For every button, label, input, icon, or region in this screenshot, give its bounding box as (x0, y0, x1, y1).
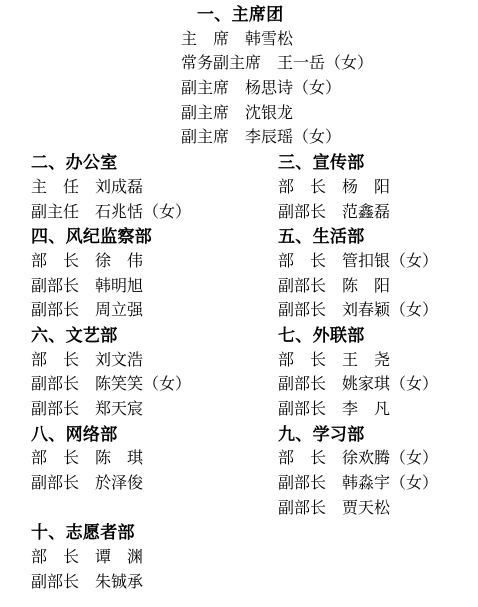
member-title: 副主席 (181, 80, 229, 97)
member-row: 副部长朱铖承 (31, 571, 191, 596)
member-row: 常务副主席王一岳（女） (0, 52, 478, 77)
member-title: 副部长 (31, 376, 79, 393)
section-heading-discipline: 四、风纪监察部 (31, 225, 191, 250)
member-name: 范鑫磊 (342, 204, 390, 221)
member-title: 部 长 (31, 549, 79, 566)
member-title: 部 长 (278, 253, 326, 270)
member-title: 副部长 (278, 401, 326, 418)
section-heading-office: 二、办公室 (31, 151, 191, 176)
member-title: 副部长 (278, 376, 326, 393)
member-name: 陈 琪 (95, 450, 143, 467)
member-title: 副主席 (181, 105, 229, 122)
member-title: 部 长 (278, 179, 326, 196)
member-name: 刘文浩 (95, 352, 143, 369)
member-row: 部 长徐 伟 (31, 250, 191, 275)
member-name: 陈笑笑（女） (95, 376, 191, 393)
member-title: 副主席 (181, 129, 229, 146)
member-title: 部 长 (278, 352, 326, 369)
member-title: 部 长 (31, 450, 79, 467)
member-row: 副部长周立强 (31, 299, 191, 324)
member-title: 部 长 (31, 352, 79, 369)
member-row: 副部长韩淼宇（女） (278, 472, 438, 497)
member-name: 韩雪松 (245, 31, 293, 48)
member-name: 於泽俊 (95, 475, 143, 492)
member-row: 副部长韩明旭 (31, 275, 191, 300)
member-row: 副部长陈 阳 (278, 275, 438, 300)
member-row: 副部长郑天宸 (31, 398, 191, 423)
section-heading-volunteer: 十、志愿者部 (31, 521, 191, 546)
member-title: 副部长 (31, 278, 79, 295)
member-name: 徐 伟 (95, 253, 143, 270)
member-title: 主 席 (181, 31, 229, 48)
member-title: 副部长 (278, 500, 326, 517)
member-row: 副主席李辰瑶（女） (0, 126, 478, 151)
member-row: 部 长管扣银（女） (278, 250, 438, 275)
member-name: 刘春颖（女） (342, 302, 438, 319)
member-title: 副部长 (31, 401, 79, 418)
member-name: 管扣银（女） (342, 253, 438, 270)
member-name: 王 尧 (342, 352, 390, 369)
member-title: 副部长 (31, 302, 79, 319)
member-name: 沈银龙 (245, 105, 293, 122)
member-title: 副部长 (31, 475, 79, 492)
member-name: 姚家琪（女） (342, 376, 438, 393)
member-row: 部 长杨 阳 (278, 176, 438, 201)
member-name: 谭 渊 (95, 549, 143, 566)
member-name: 朱铖承 (95, 574, 143, 591)
member-title: 副部长 (278, 278, 326, 295)
member-name: 杨思诗（女） (245, 80, 341, 97)
section-heading-presidium: 一、主席团 (0, 3, 478, 28)
section-presidium: 一、主席团 主 席韩雪松 常务副主席王一岳（女） 副主席杨思诗（女） 副主席沈银… (0, 3, 478, 151)
member-name: 郑天宸 (95, 401, 143, 418)
member-name: 周立强 (95, 302, 143, 319)
member-name: 刘成磊 (95, 179, 143, 196)
member-name: 韩明旭 (95, 278, 143, 295)
member-name: 陈 阳 (342, 278, 390, 295)
member-title: 副部长 (278, 475, 326, 492)
member-row: 副部长於泽俊 (31, 472, 191, 497)
member-name: 韩淼宇（女） (342, 475, 438, 492)
member-title: 副部长 (278, 302, 326, 319)
member-row: 部 长徐欢腾（女） (278, 447, 438, 472)
member-name: 贾天松 (342, 500, 390, 517)
member-row: 副部长陈笑笑（女） (31, 373, 191, 398)
section-heading-arts: 六、文艺部 (31, 324, 191, 349)
member-row: 部 长谭 渊 (31, 546, 191, 571)
member-name: 李辰瑶（女） (245, 129, 341, 146)
member-row: 副部长范鑫磊 (278, 201, 438, 226)
member-name: 石兆恬（女） (95, 204, 191, 221)
member-title: 部 长 (31, 253, 79, 270)
section-heading-network: 八、网络部 (31, 423, 191, 448)
roster-document: 一、主席团 主 席韩雪松 常务副主席王一岳（女） 副主席杨思诗（女） 副主席沈银… (0, 0, 478, 607)
member-row: 主 任刘成磊 (31, 176, 191, 201)
section-heading-life: 五、生活部 (278, 225, 438, 250)
left-column: 二、办公室 主 任刘成磊 副主任石兆恬（女） 四、风纪监察部 部 长徐 伟 副部… (31, 151, 191, 595)
member-row: 副部长李 凡 (278, 398, 438, 423)
section-heading-study: 九、学习部 (278, 423, 438, 448)
member-row: 副主席沈银龙 (0, 102, 478, 127)
member-row: 主 席韩雪松 (0, 28, 478, 53)
right-column: 三、宣传部 部 长杨 阳 副部长范鑫磊 五、生活部 部 长管扣银（女） 副部长陈… (278, 151, 438, 521)
member-title: 部 长 (278, 450, 326, 467)
member-title: 副部长 (31, 574, 79, 591)
blank-line (31, 497, 191, 522)
member-name: 王一岳（女） (277, 55, 373, 72)
member-row: 副主任石兆恬（女） (31, 201, 191, 226)
member-row: 部 长陈 琪 (31, 447, 191, 472)
member-title: 主 任 (31, 179, 79, 196)
member-title: 常务副主席 (181, 55, 261, 72)
member-title: 副部长 (278, 204, 326, 221)
member-row: 部 长刘文浩 (31, 349, 191, 374)
section-heading-outreach: 七、外联部 (278, 324, 438, 349)
member-name: 杨 阳 (342, 179, 390, 196)
member-row: 副部长姚家琪（女） (278, 373, 438, 398)
section-heading-publicity: 三、宣传部 (278, 151, 438, 176)
member-row: 部 长王 尧 (278, 349, 438, 374)
member-row: 副部长贾天松 (278, 497, 438, 522)
member-row: 副部长刘春颖（女） (278, 299, 438, 324)
member-name: 徐欢腾（女） (342, 450, 438, 467)
member-name: 李 凡 (342, 401, 390, 418)
member-title: 副主任 (31, 204, 79, 221)
member-row: 副主席杨思诗（女） (0, 77, 478, 102)
